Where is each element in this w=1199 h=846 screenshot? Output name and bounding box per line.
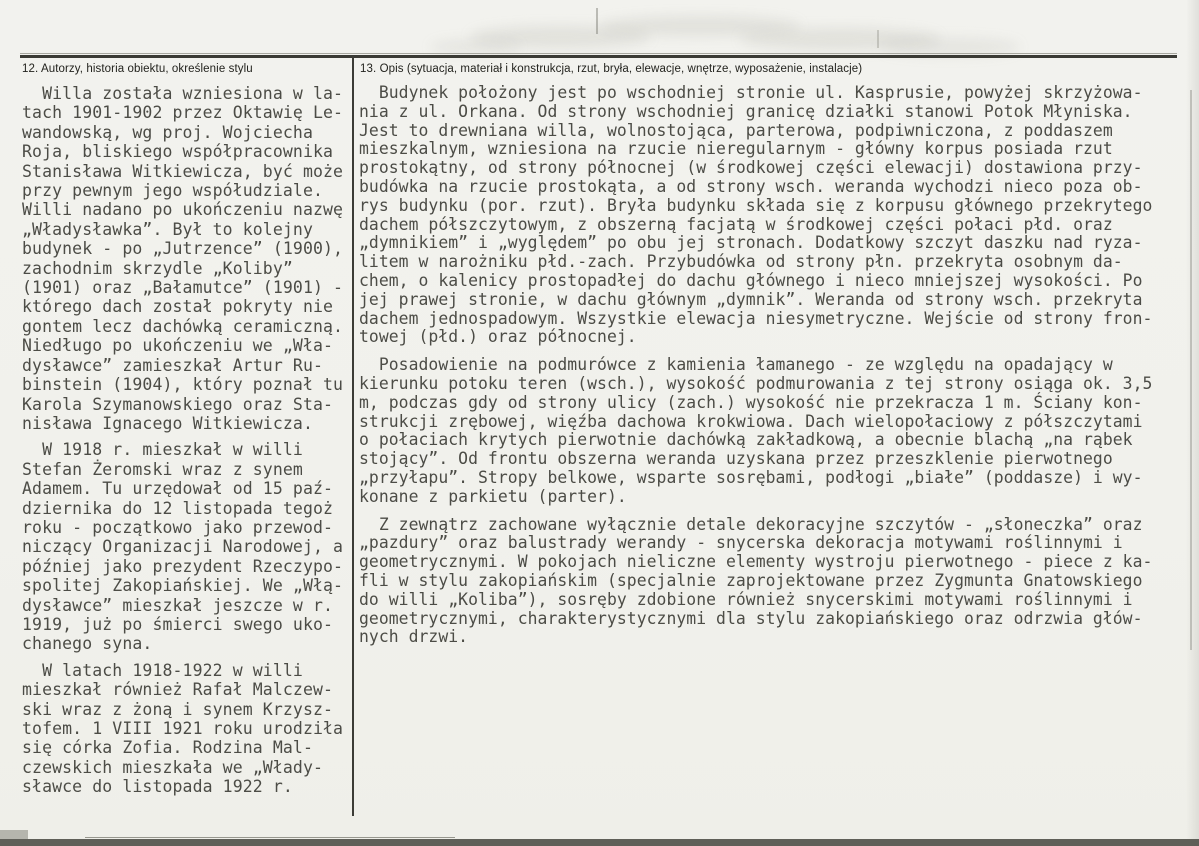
field-13-text-column: Budynek położony jest po wschodniej stro…	[359, 84, 1195, 656]
paragraph: Posadowienie na podmurówce z kamienia ła…	[359, 356, 1195, 506]
page-right-crease	[1190, 90, 1192, 650]
field-12-header: 12. Autorzy, historia obiektu, określeni…	[22, 63, 253, 75]
scan-mark	[877, 30, 879, 48]
top-rule-shadow	[20, 53, 1177, 54]
paragraph: Budynek położony jest po wschodniej stro…	[359, 84, 1195, 347]
field-12-text-column: Willa została wzniesiona w la- tach 1901…	[22, 84, 354, 804]
paper-sheet: 12. Autorzy, historia obiektu, określeni…	[0, 0, 1199, 846]
paragraph: Willa została wzniesiona w la- tach 1901…	[22, 84, 354, 433]
page-right-edge	[1186, 0, 1199, 846]
paragraph: W 1918 r. mieszkał w willi Stefan Żeroms…	[22, 440, 354, 653]
scanned-heritage-card-page: { "colors": { "paper": "#f1f1ec", "ink_t…	[0, 0, 1199, 846]
page-bottom-edge-line	[85, 837, 455, 838]
scan-mark	[596, 8, 598, 34]
field-13-header: 13. Opis (sytuacja, materiał i konstrukc…	[360, 63, 862, 75]
paragraph: Z zewnątrz zachowane wyłącznie detale de…	[359, 516, 1195, 648]
top-rule	[20, 55, 1177, 58]
scan-smudge	[430, 40, 520, 54]
paragraph: W latach 1918-1922 w willi mieszkał równ…	[22, 661, 354, 797]
scanner-bottom-band	[0, 839, 1199, 846]
